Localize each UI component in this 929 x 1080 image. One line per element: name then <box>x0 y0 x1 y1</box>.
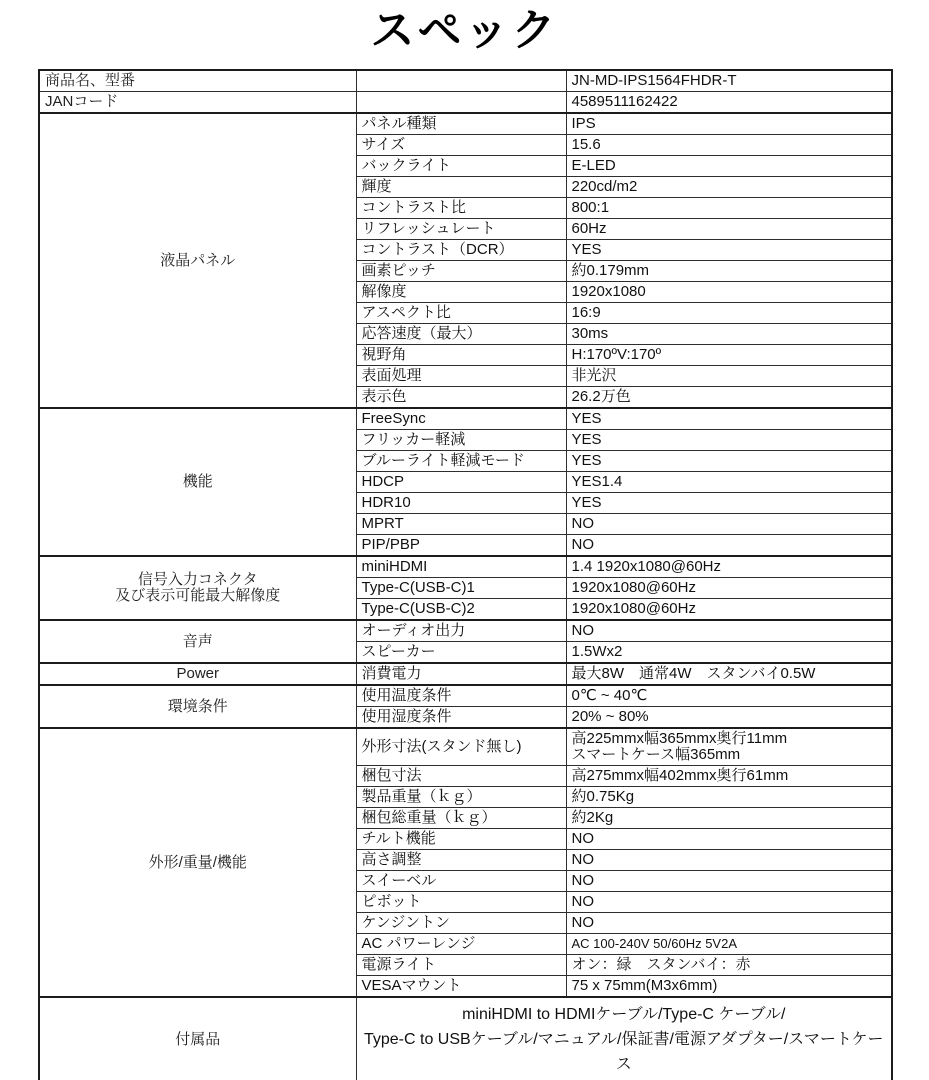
spec-name-cell: Type-C(USB-C)2 <box>356 599 566 621</box>
spec-name-cell: 消費電力 <box>356 663 566 685</box>
spec-value-cell: 220cd/m2 <box>566 177 892 198</box>
spec-value-cell: YES <box>566 408 892 430</box>
spec-name-cell: パネル種類 <box>356 113 566 135</box>
spec-value-cell: 60Hz <box>566 219 892 240</box>
spec-name-cell: 高さ調整 <box>356 850 566 871</box>
spec-value-cell: YES <box>566 493 892 514</box>
spec-name-cell: 解像度 <box>356 282 566 303</box>
spec-name-cell: AC パワーレンジ <box>356 934 566 955</box>
spec-category-cell: 外形/重量/機能 <box>39 728 356 997</box>
spec-row: 付属品miniHDMI to HDMIケーブル/Type-C ケーブル/ Typ… <box>39 997 892 1080</box>
spec-category-cell: 環境条件 <box>39 685 356 728</box>
spec-name-cell: PIP/PBP <box>356 535 566 557</box>
spec-name-cell: 輝度 <box>356 177 566 198</box>
spec-value-cell: NO <box>566 620 892 642</box>
spec-value-cell: NO <box>566 913 892 934</box>
spec-category-cell: 音声 <box>39 620 356 663</box>
spec-name-cell: 使用湿度条件 <box>356 707 566 729</box>
spec-name-cell: オーディオ出力 <box>356 620 566 642</box>
spec-value-cell: 最大8W 通常4W スタンバイ0.5W <box>566 663 892 685</box>
spec-name-cell: miniHDMI <box>356 556 566 578</box>
spec-name-cell: ケンジントン <box>356 913 566 934</box>
spec-value-cell: 非光沢 <box>566 366 892 387</box>
spec-name-cell: サイズ <box>356 135 566 156</box>
spec-name-cell: 外形寸法(スタンド無し) <box>356 728 566 766</box>
spec-category-cell: 信号入力コネクタ 及び表示可能最大解像度 <box>39 556 356 620</box>
spec-name-cell: コントラスト（DCR） <box>356 240 566 261</box>
spec-row: 環境条件使用温度条件0℃ ~ 40℃ <box>39 685 892 707</box>
spec-value-cell: H:170ºV:170º <box>566 345 892 366</box>
spec-value-cell: 1.5Wx2 <box>566 642 892 664</box>
spec-name-cell: 梱包総重量（ｋｇ） <box>356 808 566 829</box>
spec-name-cell: 梱包寸法 <box>356 766 566 787</box>
spec-value-cell: NO <box>566 514 892 535</box>
spec-value-cell: オン：緑 スタンバイ：赤 <box>566 955 892 976</box>
spec-name-cell: HDCP <box>356 472 566 493</box>
spec-row: JANコード4589511162422 <box>39 92 892 114</box>
spec-value-cell: 15.6 <box>566 135 892 156</box>
spec-row: 音声オーディオ出力NO <box>39 620 892 642</box>
spec-merged-value-cell: miniHDMI to HDMIケーブル/Type-C ケーブル/ Type-C… <box>356 997 892 1080</box>
spec-name-cell: 電源ライト <box>356 955 566 976</box>
spec-name-cell: 表示色 <box>356 387 566 409</box>
spec-value-cell: NO <box>566 850 892 871</box>
spec-value-cell: 約0.75Kg <box>566 787 892 808</box>
spec-value-cell: 800:1 <box>566 198 892 219</box>
spec-category-cell: 付属品 <box>39 997 356 1080</box>
spec-table-body: 商品名、型番JN-MD-IPS1564FHDR-TJANコード458951116… <box>39 70 892 1080</box>
spec-name-cell: VESAマウント <box>356 976 566 998</box>
spec-name-cell <box>356 92 566 114</box>
spec-value-cell: YES1.4 <box>566 472 892 493</box>
spec-value-cell: 75 x 75mm(M3x6mm) <box>566 976 892 998</box>
spec-value-cell: NO <box>566 829 892 850</box>
spec-value-cell: 1.4 1920x1080@60Hz <box>566 556 892 578</box>
spec-value-cell: JN-MD-IPS1564FHDR-T <box>566 70 892 92</box>
spec-row: 信号入力コネクタ 及び表示可能最大解像度miniHDMI1.4 1920x108… <box>39 556 892 578</box>
spec-name-cell: チルト機能 <box>356 829 566 850</box>
spec-value-cell: AC 100-240V 50/60Hz 5V2A <box>566 934 892 955</box>
spec-page: スペック 商品名、型番JN-MD-IPS1564FHDR-TJANコード4589… <box>0 0 929 1080</box>
spec-category-cell: 機能 <box>39 408 356 556</box>
spec-name-cell: アスペクト比 <box>356 303 566 324</box>
spec-value-cell: NO <box>566 535 892 557</box>
page-title: スペック <box>0 4 929 58</box>
spec-value-cell: NO <box>566 871 892 892</box>
spec-value-cell: 約0.179mm <box>566 261 892 282</box>
spec-value-cell: NO <box>566 892 892 913</box>
spec-value-cell: YES <box>566 430 892 451</box>
spec-table: 商品名、型番JN-MD-IPS1564FHDR-TJANコード458951116… <box>38 69 893 1080</box>
spec-row: Power消費電力最大8W 通常4W スタンバイ0.5W <box>39 663 892 685</box>
spec-category-cell: 液晶パネル <box>39 113 356 408</box>
spec-name-cell: FreeSync <box>356 408 566 430</box>
spec-category-cell: Power <box>39 663 356 685</box>
spec-name-cell: バックライト <box>356 156 566 177</box>
spec-row: 機能FreeSyncYES <box>39 408 892 430</box>
spec-name-cell: フリッカー軽減 <box>356 430 566 451</box>
spec-value-cell: 1920x1080 <box>566 282 892 303</box>
spec-name-cell: HDR10 <box>356 493 566 514</box>
spec-value-cell: 高275mmx幅402mmx奥行61mm <box>566 766 892 787</box>
spec-value-cell: 約2Kg <box>566 808 892 829</box>
spec-value-cell: IPS <box>566 113 892 135</box>
spec-name-cell: 応答速度（最大） <box>356 324 566 345</box>
spec-name-cell: ブルーライト軽減モード <box>356 451 566 472</box>
spec-name-cell: リフレッシュレート <box>356 219 566 240</box>
spec-name-cell: コントラスト比 <box>356 198 566 219</box>
spec-name-cell: 使用温度条件 <box>356 685 566 707</box>
spec-name-cell: 画素ピッチ <box>356 261 566 282</box>
spec-name-cell: Type-C(USB-C)1 <box>356 578 566 599</box>
spec-category-cell: 商品名、型番 <box>39 70 356 92</box>
spec-value-cell: YES <box>566 451 892 472</box>
spec-value-cell: 20% ~ 80% <box>566 707 892 729</box>
spec-category-cell: JANコード <box>39 92 356 114</box>
spec-value-cell: E-LED <box>566 156 892 177</box>
spec-name-cell: スピーカー <box>356 642 566 664</box>
spec-value-cell: 1920x1080@60Hz <box>566 599 892 621</box>
spec-name-cell <box>356 70 566 92</box>
spec-row: 外形/重量/機能外形寸法(スタンド無し)高225mmx幅365mmx奥行11mm… <box>39 728 892 766</box>
spec-row: 液晶パネルパネル種類IPS <box>39 113 892 135</box>
spec-value-cell: 高225mmx幅365mmx奥行11mm スマートケース幅365mm <box>566 728 892 766</box>
spec-name-cell: 表面処理 <box>356 366 566 387</box>
spec-name-cell: 製品重量（ｋｇ） <box>356 787 566 808</box>
spec-row: 商品名、型番JN-MD-IPS1564FHDR-T <box>39 70 892 92</box>
spec-value-cell: 26.2万色 <box>566 387 892 409</box>
spec-name-cell: MPRT <box>356 514 566 535</box>
spec-name-cell: スイーベル <box>356 871 566 892</box>
spec-value-cell: 0℃ ~ 40℃ <box>566 685 892 707</box>
spec-value-cell: 16:9 <box>566 303 892 324</box>
spec-value-cell: YES <box>566 240 892 261</box>
spec-value-cell: 30ms <box>566 324 892 345</box>
spec-name-cell: 視野角 <box>356 345 566 366</box>
spec-name-cell: ピボット <box>356 892 566 913</box>
spec-value-cell: 4589511162422 <box>566 92 892 114</box>
spec-value-cell: 1920x1080@60Hz <box>566 578 892 599</box>
